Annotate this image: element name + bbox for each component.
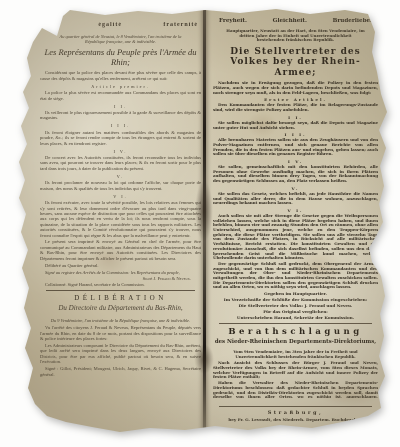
article-body: Ils feront proclamer de nouveau la loi q… [40,180,201,191]
article-body: Sie sollen das Gesetz, welches befiehlt,… [213,192,378,206]
french-title: Les Représentans du Peuple près l'Armée … [42,48,199,67]
center-fold-crease [203,8,206,432]
imprint-city: Straßburg, [213,410,378,416]
section-divider [46,290,195,291]
imprint-printer: bey Fr. G. Levrault, des Niederrh. Depar… [213,417,378,422]
german-deliberation-heading: Berathschlagung [213,327,378,337]
deliberation-dateline: Du 9 Vendémiaire, l'an troisième de la R… [50,318,191,323]
article-body: Sie sollen möglichst dafür besorgt seyn,… [213,121,378,130]
german-column: Freyheit. Gleichheit. Bruderliebe. Haupt… [213,18,378,424]
printer-imprint: Straßburg, bey Fr. G. Levrault, des Nied… [213,403,378,422]
motto-egalite: égalité [98,22,122,28]
german-dateline: Hauptquartier, Neustatt an der Hart, den… [225,29,366,43]
article-heading: Article premier. [40,84,201,89]
motto-french: erté égalité fraternité [40,22,201,28]
article-body: De concert avec les Autorités constituée… [40,155,201,171]
french-deliberated: Délibéré au Quartier général. [40,263,201,268]
motto-german: Freyheit. Gleichheit. Bruderliebe. [213,18,378,24]
section-divider [219,323,372,324]
french-signature-register: Signé au registre des Arrêtés de la Comm… [40,270,201,275]
article-body: Ils veilleront le plus rigoureusement po… [40,110,201,121]
german-signed: Die Stellvertreter des Volks: J. Feraud … [213,303,378,308]
article-heading: I I. [40,104,201,109]
german-deliberation-subheading: des Nieder-Rheinischen Departements-Dire… [213,339,378,345]
deliberation-paragraph: Haben die Verwalter des Nieder-Rheinisch… [213,381,378,398]
french-column: erté égalité fraternité Au quartier géné… [40,22,201,424]
deliberation-paragraph: Les Administrateurs composant le Directo… [40,343,201,365]
article-body: Auch sollen sie mit aller Strenge die Ge… [213,214,378,261]
german-register: Im Verzeichniße der Schlüße der Kommissi… [213,297,378,302]
paper-sheet: erté égalité fraternité Au quartier géné… [0,0,400,447]
french-preamble: Considérant que la police des places dev… [40,70,201,81]
article-heading: V I. [40,194,201,199]
deliberation-signatures: Signé : Gillot, Président; Mougeat, Ulri… [40,366,201,377]
article-body: Ils feront éloigner autant les matières … [40,130,201,146]
motto-liberte: erté [43,22,57,28]
deliberation-paragraph: Vu l'arrêté des citoyens J. Feraud & Nev… [40,325,201,341]
article-body: Sie sollen, gemeinschaftlich mit den kon… [213,165,378,184]
deliberation-subheading: Du Directoire du Département du Bas-Rhin… [40,304,201,312]
german-given: Gegeben im Hauptquartier. [213,291,378,296]
motto-freyheit: Freyheit. [219,18,247,24]
german-preamble: Nachdem sie in Erwägung gezogen, daß die… [213,81,378,95]
french-signed: Signé J. Feraud & Neveux. [40,276,201,281]
french-collated: Collationné. Signé Harand, secrétaire de… [40,282,201,287]
article-body: Ils feront exécuter, avec toute la sévér… [40,200,201,238]
article-body: Den Kommandanten der festen Plätze, die … [213,103,378,112]
german-collated-signature: Unterschrieben Harand, Sekretär der Komm… [213,315,378,320]
german-closing: Der gegenwärtige Schluß soll gedruckt, d… [213,262,378,290]
french-closing: Le présent sera imprimé & envoyé au Géné… [40,239,201,261]
german-deliberation-dateline: Vom 9ten Vendemiaire, im 3ten Jahre der … [225,350,366,359]
deliberation-heading: DÉLIBÉRATION [40,294,201,302]
article-heading: I I I. [40,123,201,128]
french-dateline: Au quartier général de Neustat, le 8 Ven… [50,34,191,44]
article-heading: I V. [40,149,201,154]
german-title: Die Stellvertreter des Volkes bey der Rh… [213,47,378,79]
deliberation-paragraph: Nach Ansicht des Schlusses der Bürger J.… [213,361,378,380]
motto-fraternite: fraternité [163,22,198,28]
motto-gleichheit: Gleichheit. [273,18,307,24]
imprint-divider [219,406,372,407]
article-body: La police la plus sévère est recommandée… [40,90,201,101]
article-heading: V. [40,174,201,179]
german-collated: Für das Original verglichen: [213,309,378,314]
motto-bruderliebe: Bruderliebe. [333,18,372,24]
article-body: Alle brennbaren Materien sollen sie aus … [213,138,378,157]
scanned-broadside: erté égalité fraternité Au quartier géné… [0,0,400,447]
german-text-flow: Freyheit. Gleichheit. Bruderliebe. Haupt… [213,18,378,398]
